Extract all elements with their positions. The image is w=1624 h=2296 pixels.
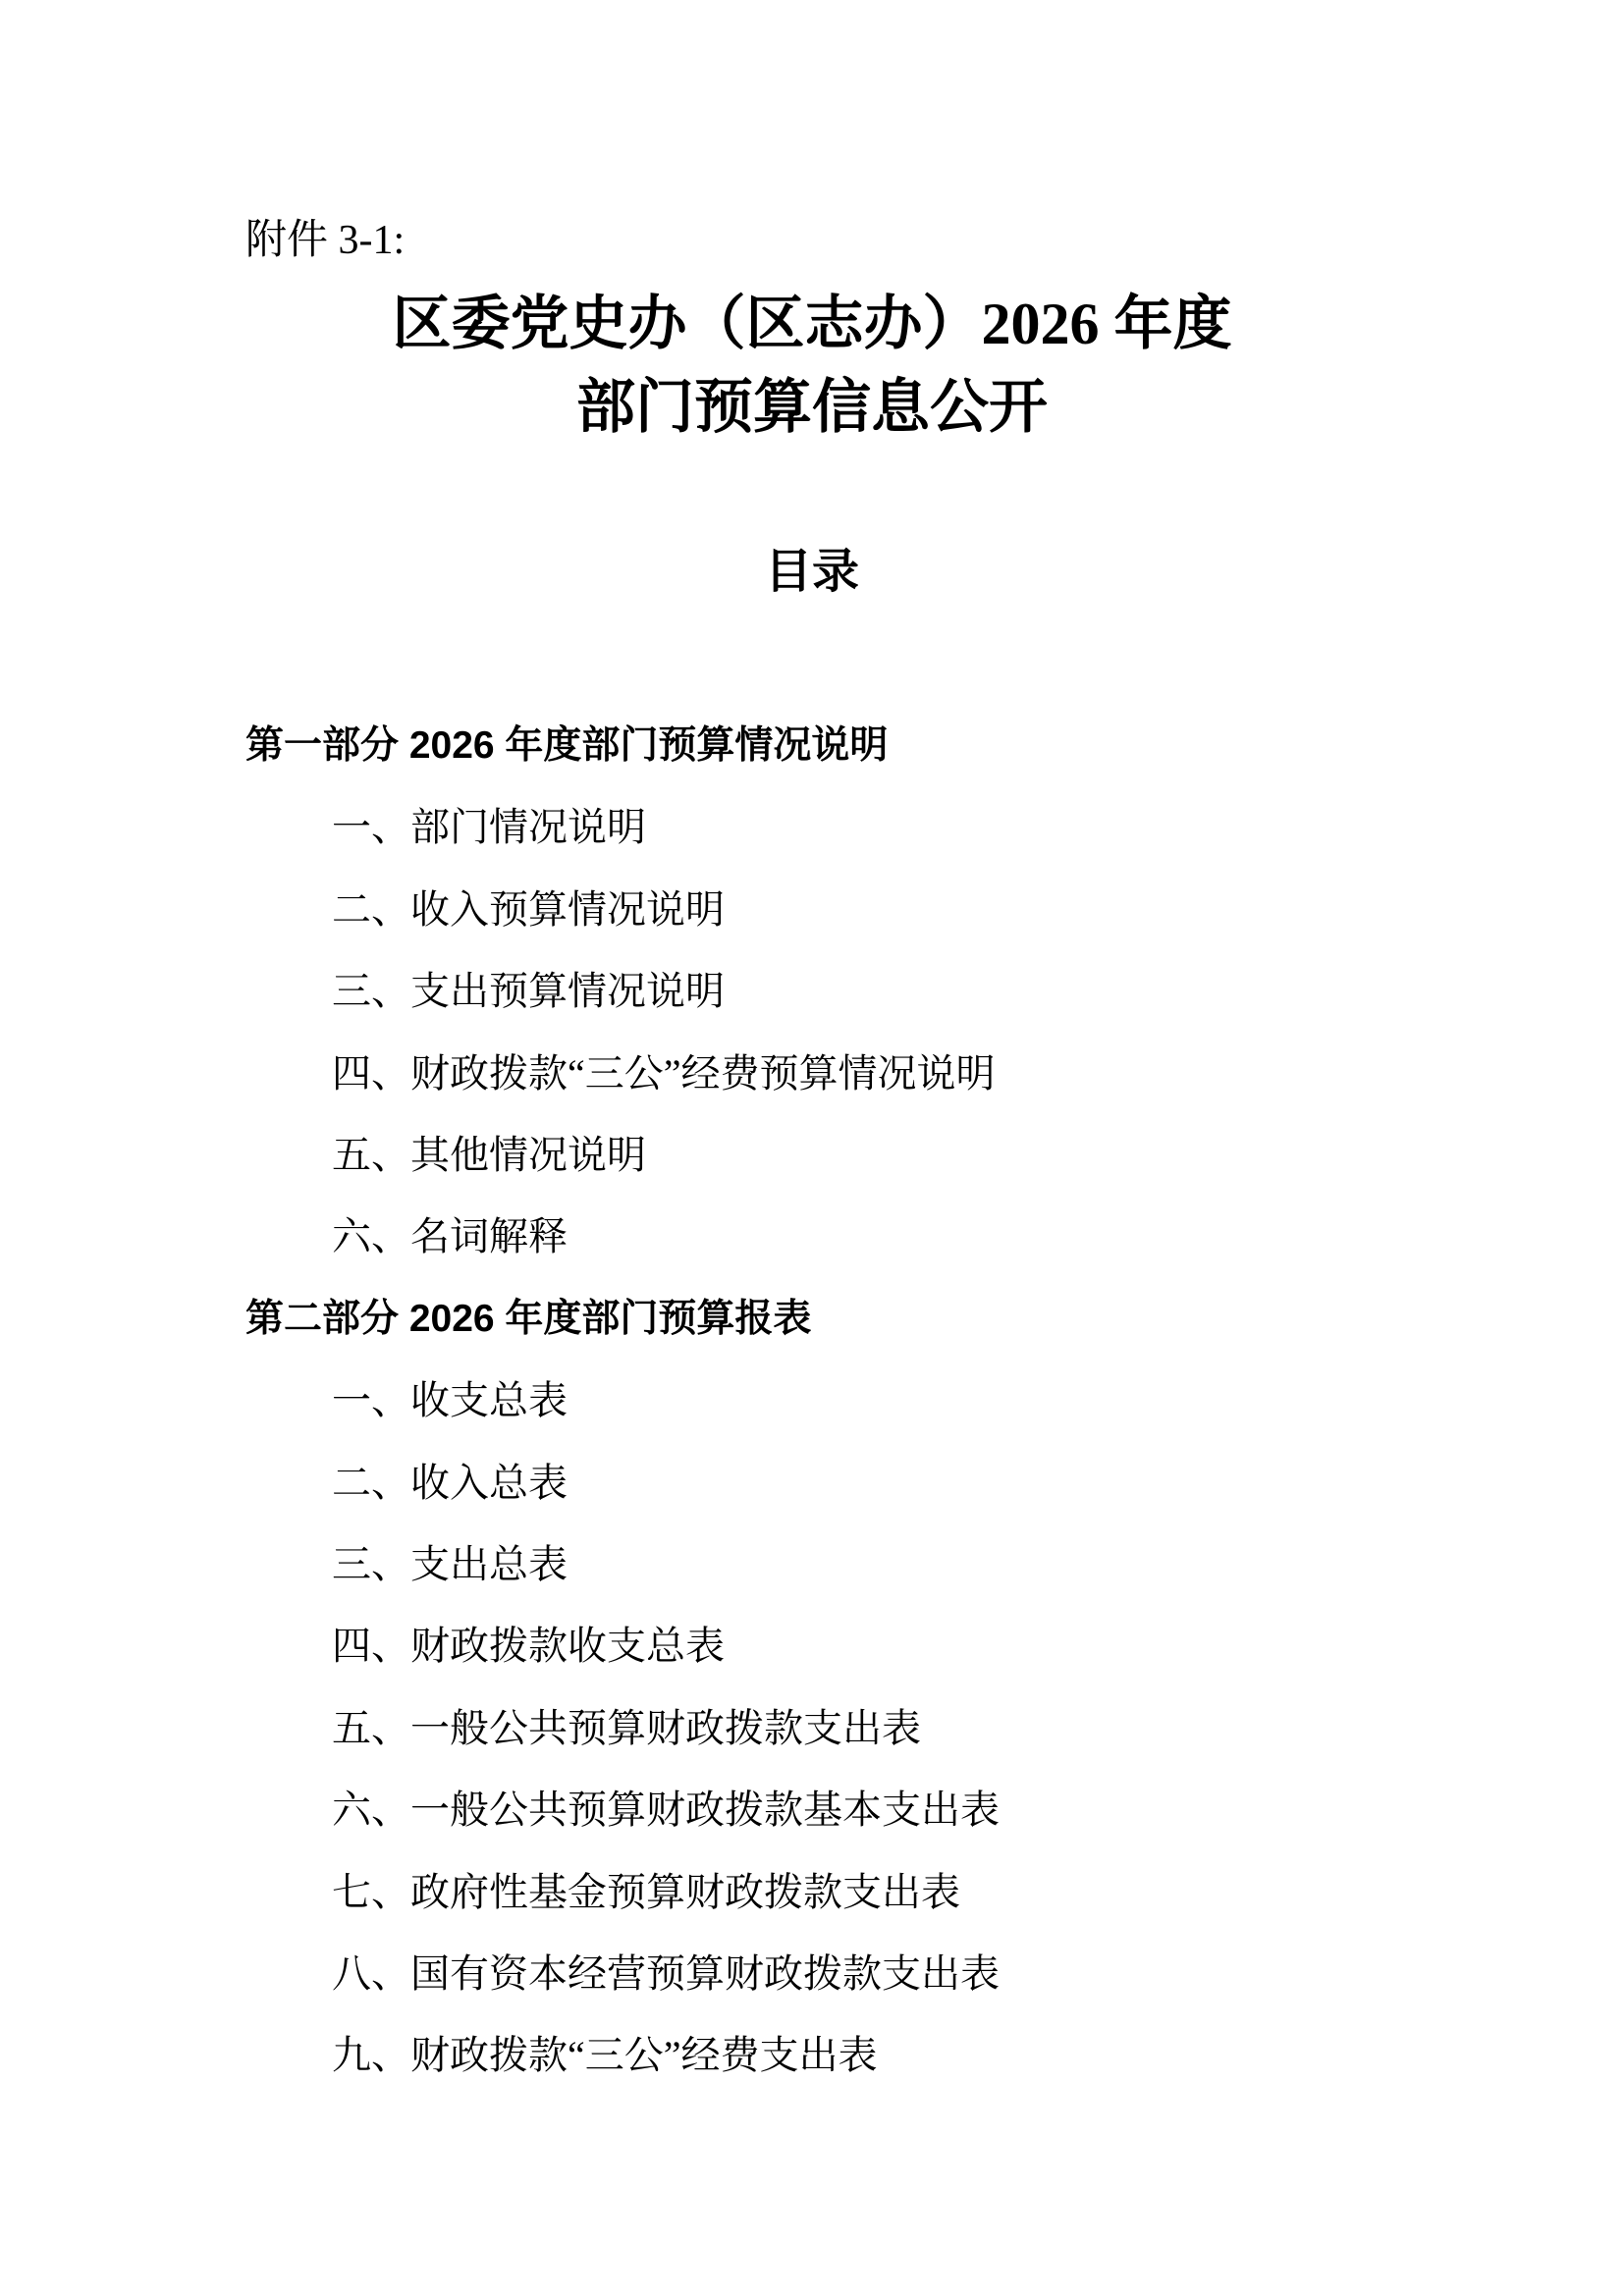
toc-item-part2-8: 八、国有资本经营预算财政拨款支出表 <box>332 1950 1000 1998</box>
toc-item-part2-2: 二、收入总表 <box>332 1460 568 1507</box>
toc-item-part1-2: 二、收入预算情况说明 <box>332 886 725 934</box>
toc-item-part1-4: 四、财政拨款“三公”经费预算情况说明 <box>332 1050 996 1097</box>
toc-item-part1-6: 六、名词解释 <box>332 1213 568 1260</box>
toc-item-part2-7: 七、政府性基金预算财政拨款支出表 <box>332 1869 960 1916</box>
document-title-line1: 区委党史办（区志办）2026 年度 <box>0 289 1624 359</box>
part2-heading: 第二部分 2026 年度部门预算报表 <box>245 1296 811 1343</box>
toc-item-part2-5: 五、一般公共预算财政拨款支出表 <box>332 1705 921 1752</box>
attachment-label: 附件 3-1: <box>245 216 405 265</box>
toc-item-part1-5: 五、其他情况说明 <box>332 1132 646 1179</box>
toc-heading: 目录 <box>0 544 1624 601</box>
toc-item-part2-3: 三、支出总表 <box>332 1541 568 1588</box>
document-title-line2: 部门预算信息公开 <box>0 372 1624 443</box>
toc-item-part2-1: 一、收支总表 <box>332 1377 568 1424</box>
part1-heading: 第一部分 2026 年度部门预算情况说明 <box>245 722 888 770</box>
document-page: 附件 3-1: 区委党史办（区志办）2026 年度 部门预算信息公开 目录 第一… <box>0 0 1624 2296</box>
toc-item-part2-9: 九、财政拨款“三公”经费支出表 <box>332 2032 878 2079</box>
toc-item-part2-4: 四、财政拨款收支总表 <box>332 1623 725 1670</box>
toc-item-part2-6: 六、一般公共预算财政拨款基本支出表 <box>332 1787 1000 1834</box>
toc-item-part1-3: 三、支出预算情况说明 <box>332 968 725 1015</box>
toc-item-part1-1: 一、部门情况说明 <box>332 804 646 851</box>
